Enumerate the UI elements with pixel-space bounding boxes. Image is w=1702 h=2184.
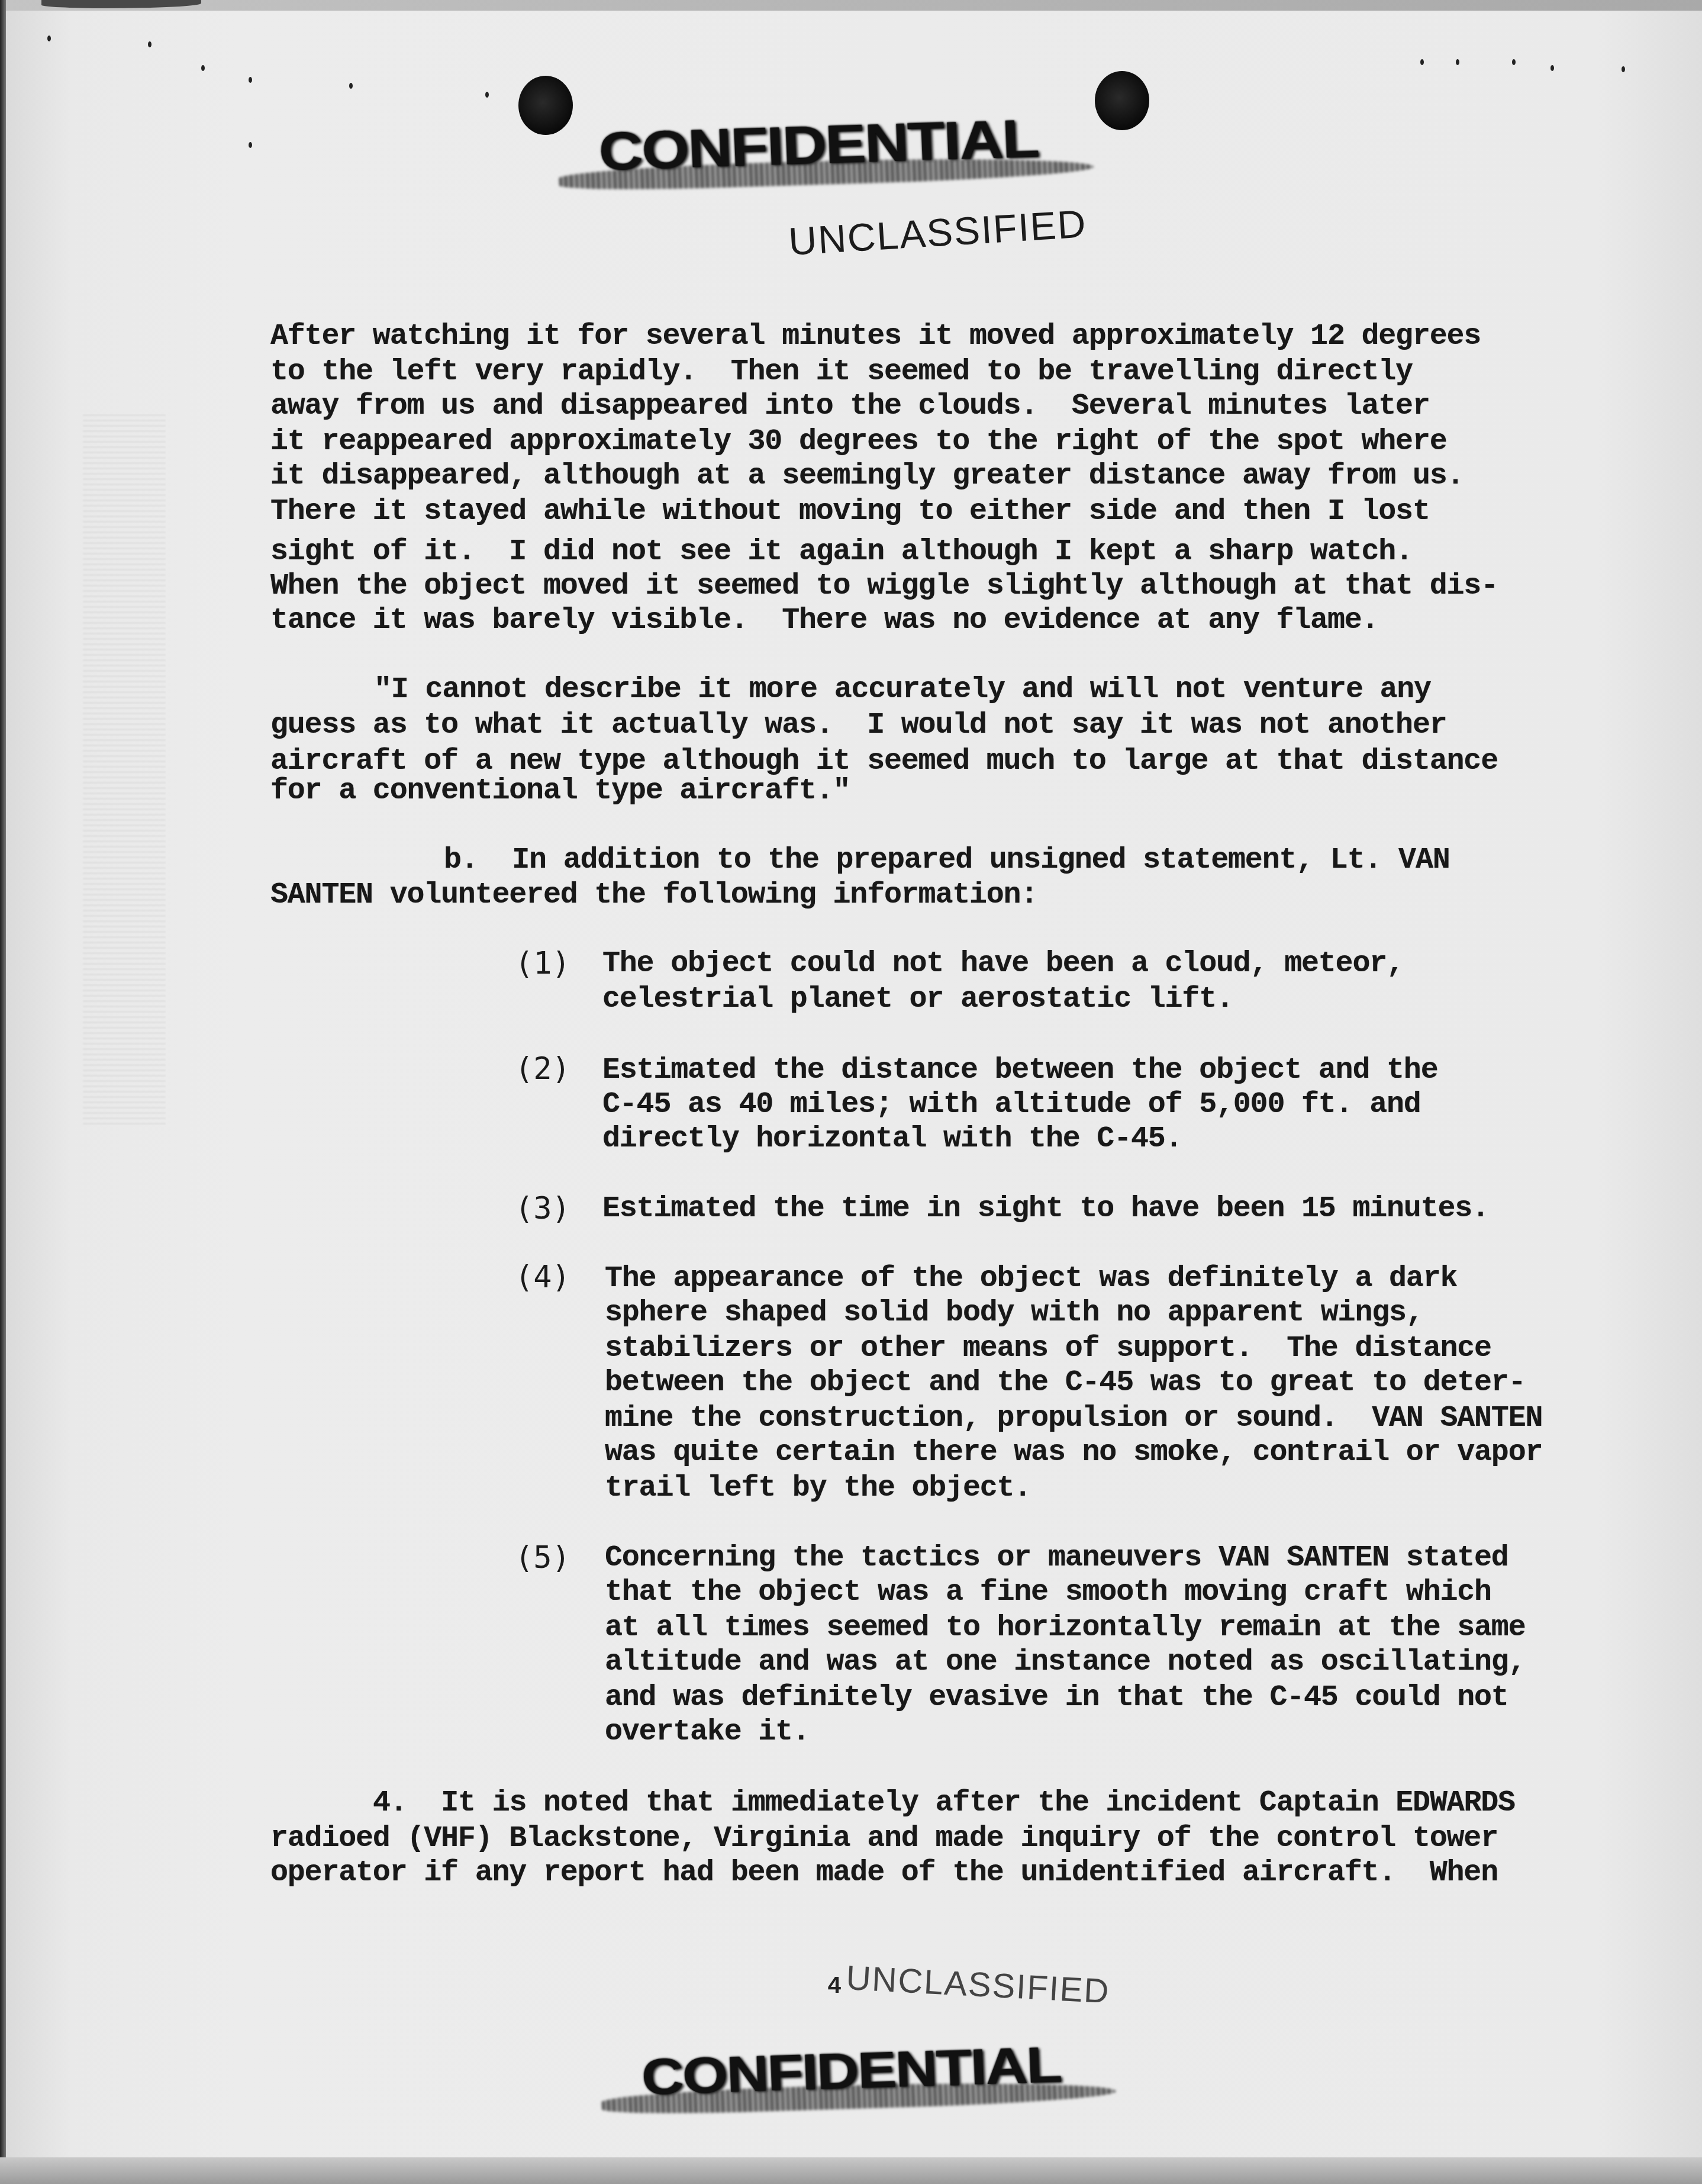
text-line: The object could not have been a cloud, … [602, 947, 1404, 981]
text-line: C-45 as 40 miles; with altitude of 5,000… [602, 1088, 1421, 1122]
punch-hole-left-icon [518, 76, 573, 135]
text-line: at all times seemed to horizontally rema… [605, 1611, 1525, 1645]
text-line: Estimated the time in sight to have been… [602, 1192, 1489, 1226]
text-line: "I cannot describe it more accurately an… [374, 673, 1431, 707]
scan-bottom-edge [0, 2157, 1702, 2184]
scan-noise [83, 414, 166, 1125]
text-line: When the object moved it seemed to wiggl… [270, 569, 1498, 604]
list-marker: (5) [515, 1540, 570, 1576]
page-number: 4 [827, 1974, 842, 2001]
scan-speck [47, 36, 51, 41]
confidential-stamp-header: CONFIDENTIAL [598, 109, 1040, 183]
text-line: sphere shaped solid body with no apparen… [605, 1296, 1423, 1331]
text-line: mine the construction, propulsion or sou… [605, 1402, 1542, 1436]
list-marker: (1) [515, 946, 570, 981]
text-line: celestrial planet or aerostatic lift. [602, 983, 1233, 1017]
document-page: CONFIDENTIAL UNCLASSIFIED After watching… [0, 0, 1702, 2184]
scan-speck [148, 41, 151, 47]
text-line: and was definitely evasive in that the C… [605, 1681, 1508, 1715]
text-line: tance it was barely visible. There was n… [270, 604, 1378, 638]
text-line: to the left very rapidly. Then it seemed… [270, 355, 1413, 389]
text-line: away from us and disappeared into the cl… [270, 389, 1430, 424]
unclassified-stamp-header: UNCLASSIFIED [787, 201, 1088, 264]
scan-speck [201, 65, 205, 71]
list-marker: (4) [515, 1259, 570, 1295]
scan-speck [249, 142, 252, 148]
text-line: radioed (VHF) Blackstone, Virginia and m… [270, 1822, 1498, 1856]
scan-left-edge [0, 0, 6, 2184]
text-line: altitude and was at one instance noted a… [605, 1645, 1525, 1680]
text-line: overtake it. [605, 1715, 810, 1750]
text-line: b. In addition to the prepared unsigned … [444, 843, 1450, 878]
punch-hole-right-icon [1095, 71, 1149, 130]
text-line: between the object and the C-45 was to g… [605, 1366, 1525, 1400]
text-line: was quite certain there was no smoke, co… [605, 1436, 1542, 1470]
text-line: trail left by the object. [605, 1471, 1031, 1506]
scan-speck [1456, 59, 1459, 65]
scan-speck [1420, 59, 1424, 65]
text-line: 4. It is noted that immediately after th… [373, 1786, 1515, 1821]
scan-speck [249, 77, 252, 83]
text-line: The appearance of the object was definit… [605, 1262, 1457, 1296]
text-line: guess as to what it actually was. I woul… [270, 708, 1447, 743]
text-line: directly horizontal with the C-45. [602, 1122, 1182, 1157]
text-line: sight of it. I did not see it again alth… [270, 535, 1413, 569]
text-line: SANTEN volunteered the following informa… [270, 878, 1037, 913]
list-marker: (3) [515, 1191, 570, 1226]
scan-speck [1512, 59, 1516, 65]
text-line: Estimated the distance between the objec… [602, 1054, 1437, 1088]
list-marker: (2) [515, 1051, 570, 1087]
text-line: Concerning the tactics or maneuvers VAN … [605, 1541, 1508, 1576]
scan-top-edge [0, 0, 1702, 11]
scan-speck [485, 92, 489, 98]
confidential-stamp-footer: CONFIDENTIAL [640, 2035, 1062, 2106]
text-line: operator if any report had been made of … [270, 1856, 1498, 1890]
unclassified-stamp-footer: UNCLASSIFIED [845, 1958, 1111, 2011]
text-line: it disappeared, although at a seemingly … [270, 459, 1464, 494]
text-line: for a conventional type aircraft." [270, 774, 850, 808]
text-line: that the object was a fine smooth moving… [605, 1576, 1491, 1610]
text-line: After watching it for several minutes it… [270, 320, 1481, 354]
text-line: There it stayed awhile without moving to… [270, 495, 1430, 529]
text-line: stabilizers or other means of support. T… [605, 1332, 1491, 1366]
scan-speck [1551, 65, 1554, 71]
text-line: it reappeared approximately 30 degrees t… [270, 425, 1447, 459]
scan-speck [349, 83, 353, 89]
scan-speck [1622, 66, 1625, 72]
scan-smudge [41, 0, 201, 8]
